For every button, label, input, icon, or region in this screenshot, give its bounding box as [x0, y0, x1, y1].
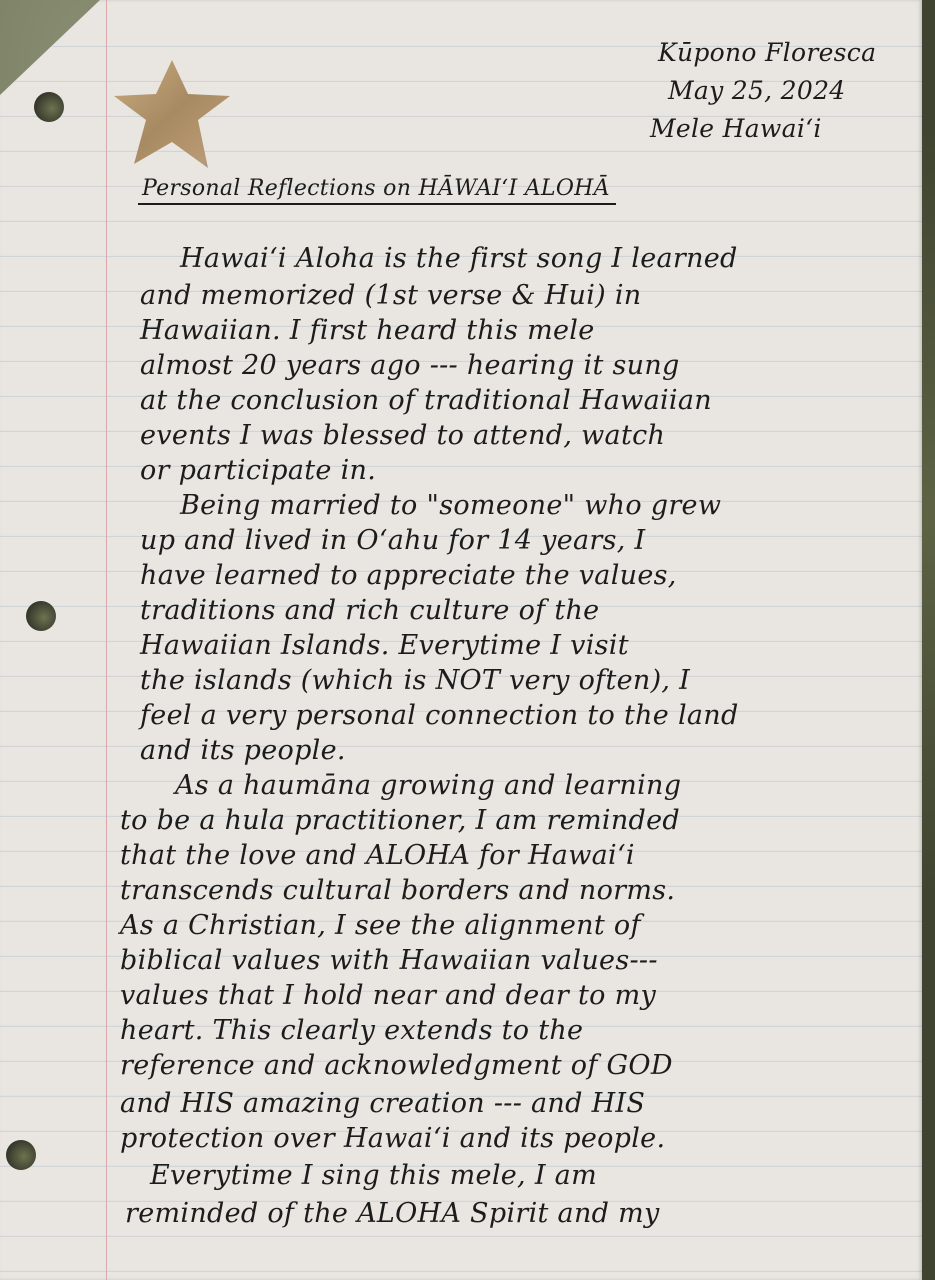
text-line: Hawaiʻi Aloha is the first song I learne…	[180, 243, 738, 274]
text-line: Hawaiian Islands. Everytime I visit	[140, 630, 629, 661]
text-line: As a haumāna growing and learning	[175, 770, 681, 801]
text-line: and memorized (1st verse & Hui) in	[140, 280, 642, 311]
text-line: have learned to appreciate the values,	[140, 560, 677, 591]
text-line: reference and acknowledgment of GOD	[120, 1050, 673, 1081]
date: May 25, 2024	[668, 72, 935, 110]
text-line: up and lived in Oʻahu for 14 years, I	[140, 525, 645, 556]
page-title: Personal Reflections on HĀWAIʻI ALOHĀ	[138, 176, 616, 205]
text-line: Being married to "someone" who grew	[180, 490, 721, 521]
text-line: As a Christian, I see the alignment of	[120, 910, 641, 941]
binder-hole-middle	[26, 601, 56, 631]
binder-hole-bottom	[6, 1140, 36, 1170]
text-line: reminded of the ALOHA Spirit and my	[125, 1198, 660, 1229]
binder-hole-top	[34, 92, 64, 122]
gold-star-sticker-icon	[112, 58, 236, 174]
text-line: or participate in.	[140, 455, 376, 486]
text-line: and its people.	[140, 735, 346, 766]
header-block: Kūpono Floresca May 25, 2024 Mele Hawaiʻ…	[650, 34, 920, 148]
text-line: biblical values with Hawaiian values---	[120, 945, 658, 976]
text-line: almost 20 years ago --- hearing it sung	[140, 350, 680, 381]
text-line: to be a hula practitioner, I am reminded	[120, 805, 680, 836]
text-line: at the conclusion of traditional Hawaiia…	[140, 385, 712, 416]
text-line: heart. This clearly extends to the	[120, 1015, 583, 1046]
text-line: traditions and rich culture of the	[140, 595, 599, 626]
text-line: feel a very personal connection to the l…	[140, 700, 739, 731]
text-line: and HIS amazing creation --- and HIS	[120, 1088, 645, 1119]
margin-line	[106, 0, 107, 1280]
course-name: Mele Hawaiʻi	[650, 110, 920, 148]
text-line: transcends cultural borders and norms.	[120, 875, 675, 906]
text-line: protection over Hawaiʻi and its people.	[120, 1123, 665, 1154]
text-line: that the love and ALOHA for Hawaiʻi	[120, 840, 635, 871]
text-line: events I was blessed to attend, watch	[140, 420, 665, 451]
text-line: Hawaiian. I first heard this mele	[140, 315, 595, 346]
text-line: Everytime I sing this mele, I am	[150, 1160, 597, 1191]
text-line: values that I hold near and dear to my	[120, 980, 656, 1011]
author-name: Kūpono Floresca	[658, 34, 928, 72]
text-line: the islands (which is NOT very often), I	[140, 665, 690, 696]
